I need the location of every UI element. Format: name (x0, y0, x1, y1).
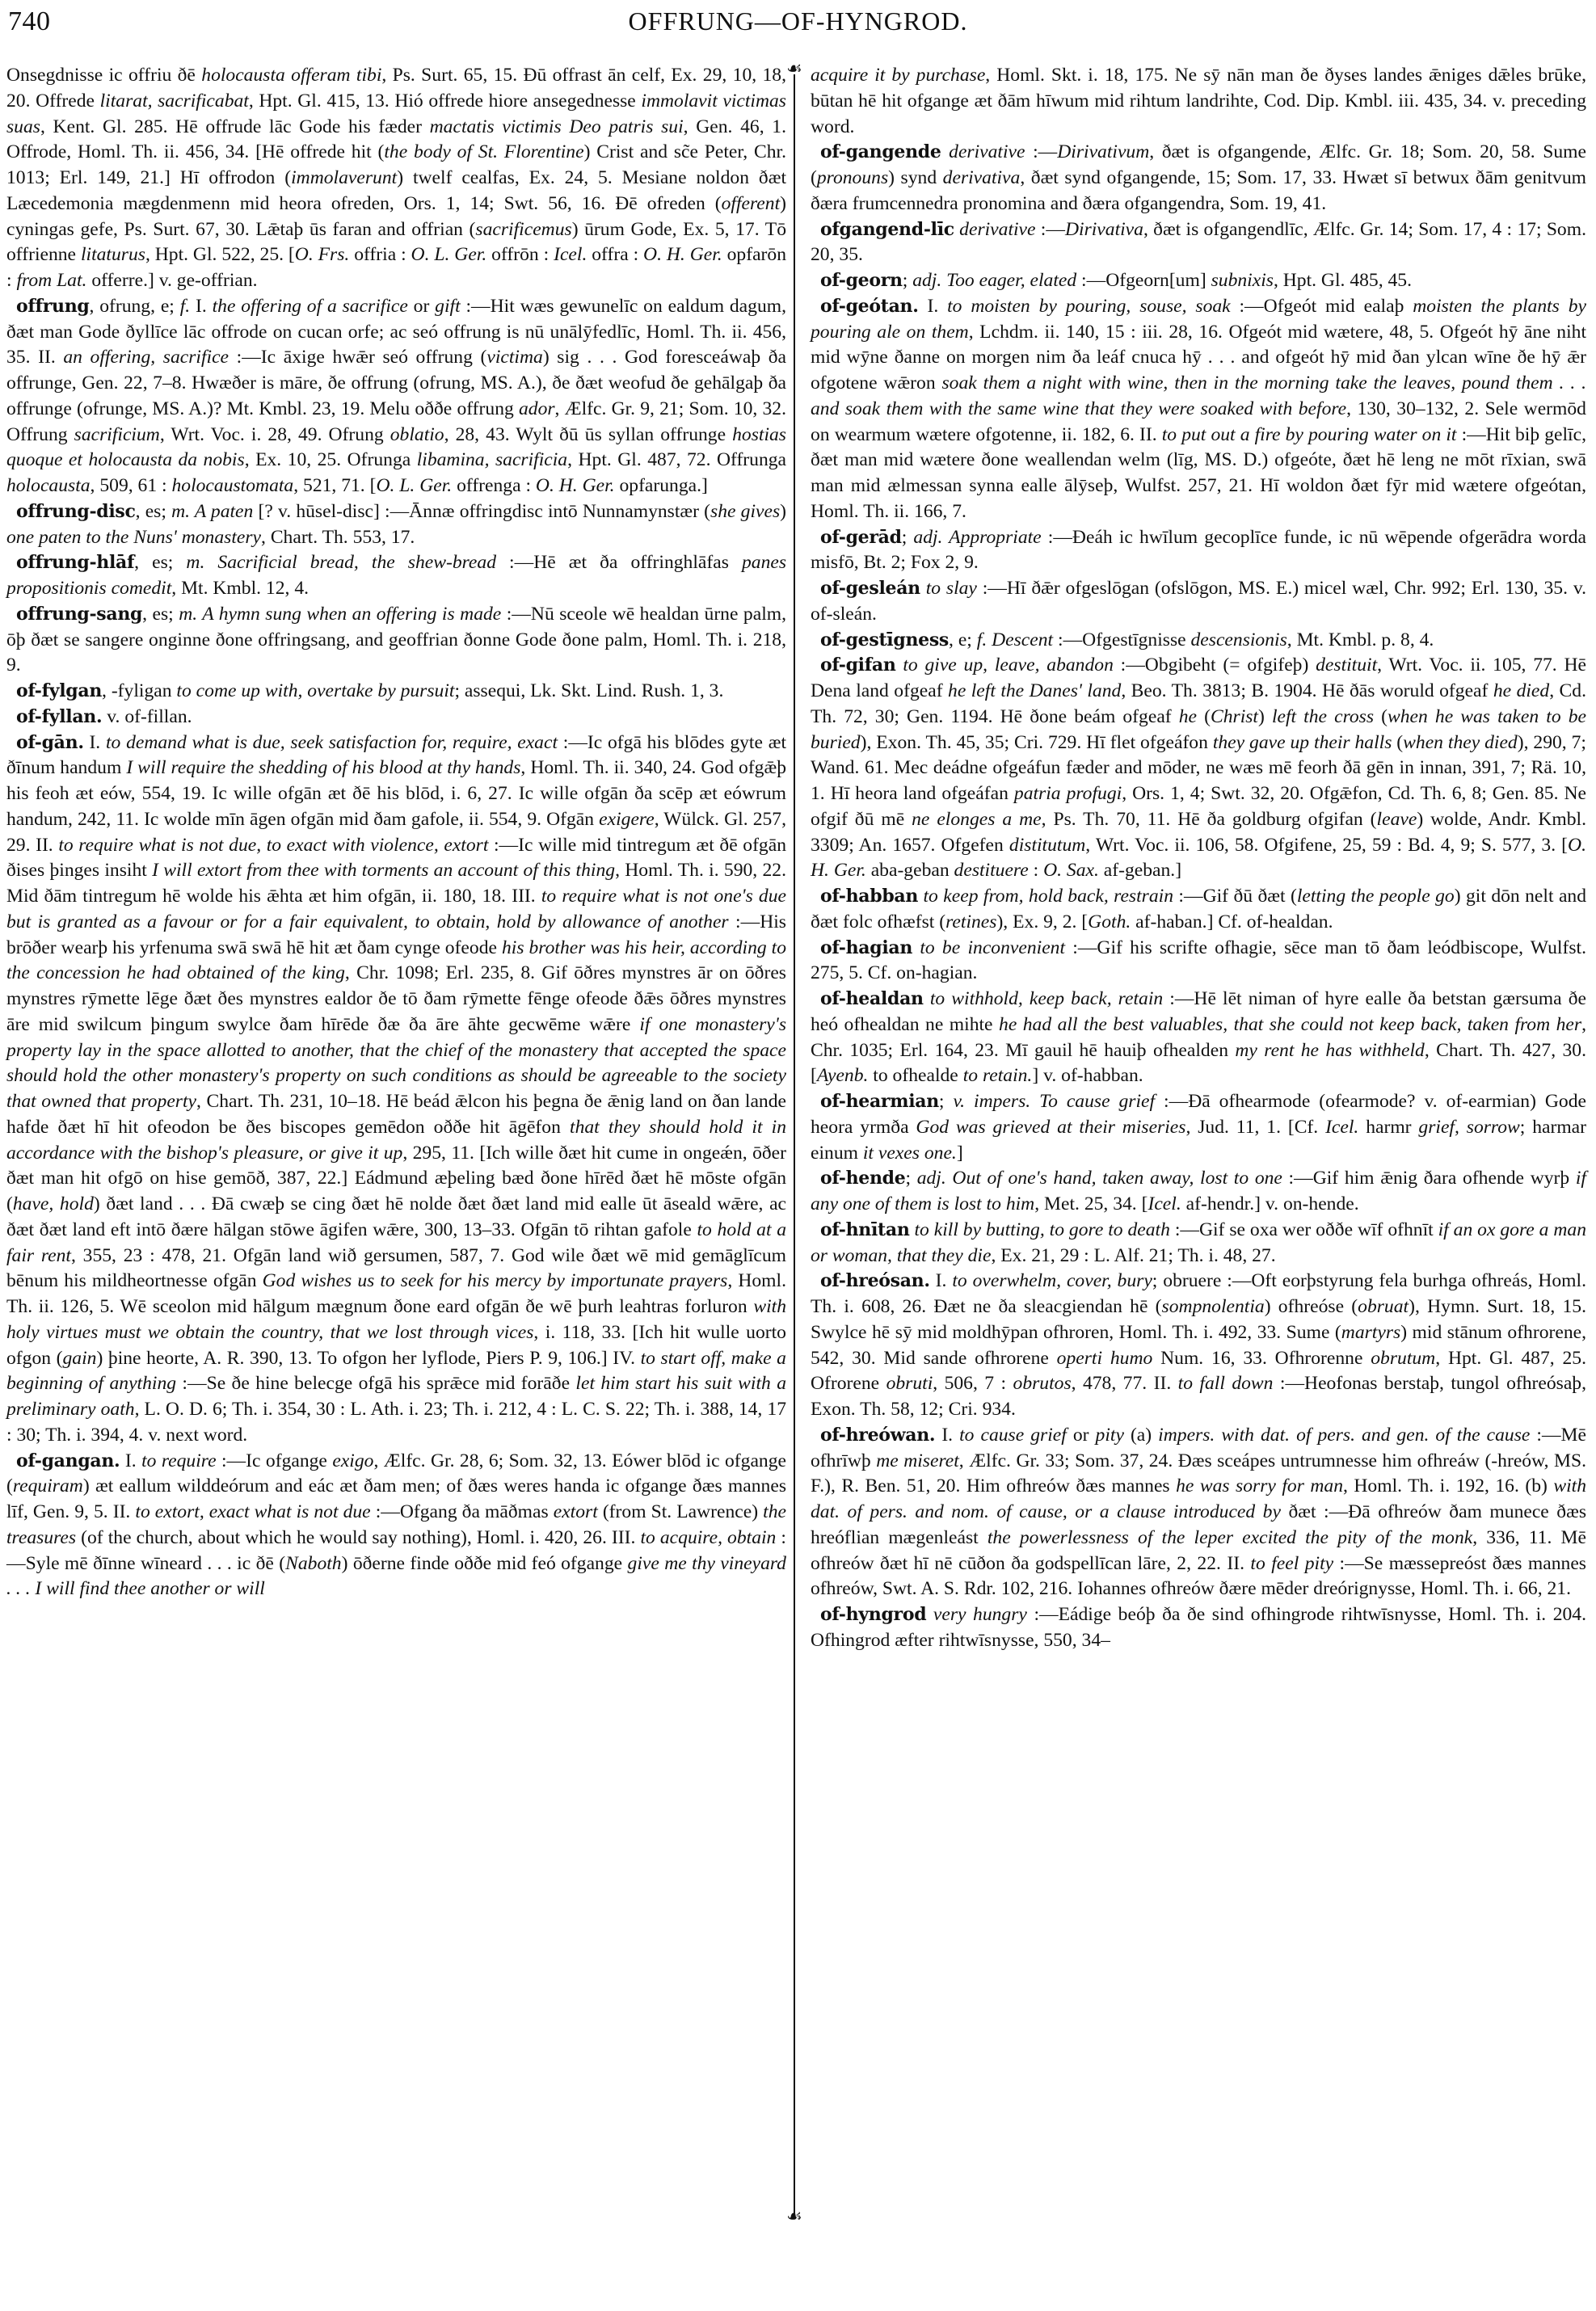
italic-gloss: to kill by butting, to gore to death (914, 1219, 1169, 1240)
entry-text: :—Se ðe hine belecge ofgā his sprǣce mid… (176, 1373, 575, 1394)
italic-gloss: to overwhelm, cover, bury (952, 1270, 1152, 1291)
entry-text: offra : (587, 244, 643, 265)
italic-gloss: obrutos (1013, 1373, 1072, 1394)
entry-text: I. (190, 296, 212, 317)
italic-gloss: Dirivativum (1057, 141, 1149, 162)
italic-gloss: he (1179, 706, 1197, 727)
entry-text: Onsegdnisse ic offriu ðē (6, 65, 201, 86)
italic-gloss: obrutum (1371, 1348, 1435, 1369)
entry-text: :—Ic āxige hwǣr seó offrung ( (229, 347, 486, 368)
italic-gloss: God was grieved at their miseries (916, 1117, 1185, 1138)
italic-gloss: Christ (1211, 706, 1258, 727)
italic-gloss: f. (180, 296, 190, 317)
entry-text: :—Gif him ǣnig ðara ofhende wyrþ (1282, 1168, 1576, 1189)
left-column: Onsegdnisse ic offriu ðē holocausta offe… (6, 63, 786, 1602)
entry-text: ) ōðerne finde oððe mid feó ofgange (342, 1553, 628, 1574)
italic-gloss: O. H. Ger. (536, 475, 615, 496)
running-title: OFFRUNG—OF-HYNGROD. (8, 6, 1588, 36)
italic-gloss: Icel. (554, 244, 587, 265)
italic-gloss: Ayenb. (817, 1065, 869, 1086)
entry-text (926, 1604, 933, 1625)
dictionary-entry: of-georn; adj. Too eager, elated :—Ofgeo… (811, 268, 1586, 294)
headword: offrung-sang (16, 604, 142, 625)
entry-text: [? v. hūsel-disc] :—Ānnæ offringdisc int… (253, 501, 710, 522)
headword: ofgangend-līc (820, 219, 954, 240)
entry-text: , Ex. 10, 25. Ofrunga (245, 449, 417, 470)
italic-gloss: to require (141, 1450, 217, 1471)
entry-text: ), Exon. Th. 45, 35; Cri. 729. Hī flet o… (861, 732, 1213, 753)
headword: offrung (16, 296, 89, 317)
headword: of-hnītan (820, 1219, 910, 1240)
dictionary-entry: of-gerād; adj. Appropriate :—Ðeáh ic hwī… (811, 525, 1586, 577)
dictionary-entry: of-hnītan to kill by butting, to gore to… (811, 1218, 1586, 1269)
italic-gloss: an offering, sacrifice (63, 347, 229, 368)
entry-text: , Chart. Th. 553, 17. (261, 527, 415, 548)
italic-gloss: to require what is not due, to exact wit… (58, 835, 488, 856)
italic-gloss: letting the people go (1297, 886, 1455, 907)
headword: offrung-disc (16, 501, 136, 522)
italic-gloss: ador (519, 398, 555, 419)
entry-text: af-geban.] (1099, 860, 1181, 881)
entry-text: offerre.] v. ge-offrian. (86, 270, 257, 291)
italic-gloss: I will require the shedding of his blood… (126, 757, 520, 778)
headword: of-fylgan (16, 680, 102, 701)
dictionary-entry: of-hearmian; v. impers. To cause grief :… (811, 1089, 1586, 1166)
italic-gloss: destituit (1316, 655, 1377, 676)
entry-text: , e; (949, 629, 977, 650)
italic-gloss: he was sorry for man (1176, 1475, 1343, 1496)
italic-gloss: m. A hymn sung when an offering is made (179, 604, 501, 625)
italic-gloss: Icel. (1148, 1193, 1181, 1214)
dictionary-entry: ofgangend-līc derivative :—Dirivativa, ð… (811, 217, 1586, 269)
dictionary-entry: of-hagian to be inconvenient :—Gif his s… (811, 936, 1586, 987)
italic-gloss: to be inconvenient (920, 937, 1065, 958)
dictionary-entry: of-fylgan, -fyligan to come up with, ove… (6, 679, 786, 705)
entry-text: , Ex. 21, 29 : L. Alf. 21; Th. i. 48, 27… (991, 1245, 1275, 1266)
entry-text: (a) (1124, 1425, 1158, 1446)
dictionary-entry: of-hende; adj. Out of one's hand, taken … (811, 1166, 1586, 1218)
entry-text: , 521, 71. [ (293, 475, 376, 496)
headword: of-gangan. (16, 1450, 120, 1471)
italic-gloss: litarat, sacrificabat (100, 91, 249, 112)
italic-gloss: v. impers. To cause grief (953, 1091, 1155, 1112)
entry-text: , -fyligan (102, 680, 176, 701)
entry-text: , Homl. Th. i. 192, 16. (b) (1343, 1475, 1553, 1496)
entry-text: :— (1036, 219, 1065, 240)
dictionary-entry: offrung-hlāf, es; m. Sacrificial bread, … (6, 550, 786, 602)
italic-gloss: to feel pity (1250, 1553, 1333, 1574)
italic-gloss: derivativa (943, 167, 1021, 188)
italic-gloss: gain (63, 1348, 97, 1369)
dictionary-entry: of-gesleán to slay :—Hī ðǣr ofgeslōgan (… (811, 576, 1586, 628)
italic-gloss: have, hold (13, 1193, 94, 1214)
entry-text: , Hpt. Gl. 522, 25. [ (145, 244, 295, 265)
italic-gloss: to slay (926, 578, 977, 599)
entry-text: ) (1258, 706, 1272, 727)
italic-gloss: one paten to the Nuns' monastery (6, 527, 261, 548)
italic-gloss: oblatio (390, 424, 444, 445)
entry-text: to ofhealde (868, 1065, 962, 1086)
entry-text: Num. 16, 33. Ofhrorenne (1152, 1348, 1371, 1369)
headword: of-hearmian (820, 1091, 939, 1112)
entry-text: :—Gif se oxa wer oððe wīf ofhnīt (1170, 1219, 1438, 1240)
italic-gloss: to acquire, obtain (640, 1527, 776, 1548)
italic-gloss: O. Sax. (1043, 860, 1099, 881)
italic-gloss: obruat (1358, 1296, 1409, 1317)
italic-gloss: grief, sorrow (1418, 1117, 1519, 1138)
headword: of-gesleán (820, 578, 920, 599)
entry-text: :—Hē æt ða offringhlāfas (496, 552, 742, 573)
entry-text: ) þine heorte, A. R. 390, 13. To ofgon h… (96, 1348, 640, 1369)
italic-gloss: to moisten by pouring, souse, soak (947, 296, 1231, 317)
headword: of-hreówan. (820, 1425, 935, 1446)
entry-text: ( (1374, 706, 1388, 727)
italic-gloss: leave (1377, 809, 1417, 830)
italic-gloss: destituere (954, 860, 1029, 881)
italic-gloss: pronouns (817, 167, 888, 188)
entry-text: ), Ex. 9, 2. [ (996, 911, 1088, 932)
entry-text: :—Ofgestīgnisse (1053, 629, 1190, 650)
dictionary-entry: of-hreósan. I. to overwhelm, cover, bury… (811, 1269, 1586, 1423)
entry-text: ) synd (888, 167, 943, 188)
italic-gloss: retines (945, 911, 996, 932)
italic-gloss: to retain. (963, 1065, 1033, 1086)
headword: of-hyngrod (820, 1604, 926, 1625)
dictionary-entry: of-geótan. I. to moisten by pouring, sou… (811, 294, 1586, 525)
entry-text: , es; (142, 604, 179, 625)
italic-gloss: sacrificemus (475, 219, 571, 240)
italic-gloss: distitutum (1009, 835, 1085, 856)
entry-text: , Mt. Kmbl. 12, 4. (171, 578, 309, 599)
entry-text: af-haban.] Cf. of-healdan. (1131, 911, 1333, 932)
entry-text: (from St. Lawrence) (598, 1501, 763, 1522)
italic-gloss: operti humo (1057, 1348, 1153, 1369)
italic-gloss: holocausta (6, 475, 91, 496)
italic-gloss: they gave up their halls (1213, 732, 1392, 753)
headword: of-healdan (820, 988, 924, 1009)
entry-text: :—Ofgeót mid ealaþ (1231, 296, 1413, 317)
entry-continuation: acquire it by purchase, Homl. Skt. i. 18… (811, 63, 1586, 140)
italic-gloss: to come up with, overtake by pursuit (176, 680, 454, 701)
italic-gloss: very hungry (933, 1604, 1027, 1625)
italic-gloss: holocausta offeram tibi (201, 65, 381, 86)
entry-text: ( (1392, 732, 1403, 753)
italic-gloss: descensionis (1191, 629, 1287, 650)
italic-gloss: to give up, leave, abandon (903, 655, 1114, 676)
italic-gloss: the powerlessness of the leper excited t… (987, 1527, 1472, 1548)
dictionary-entry: of-gangan. I. to require :—Ic ofgange ex… (6, 1449, 786, 1603)
entry-text: , es; (134, 552, 186, 573)
italic-gloss: he left the Danes' land (948, 680, 1121, 701)
entry-text: , es; (136, 501, 171, 522)
entry-text: , Hpt. Gl. 415, 13. Hió offrede hiore an… (249, 91, 642, 112)
italic-gloss: holocaustomata (171, 475, 293, 496)
italic-gloss: exigo (332, 1450, 373, 1471)
italic-gloss: Icel. (1325, 1117, 1358, 1138)
entry-text: ; (939, 1091, 954, 1112)
dictionary-entry: offrung, ofrung, e; f. I. the offering o… (6, 294, 786, 499)
italic-gloss: she gives (710, 501, 780, 522)
italic-gloss: mactatis victimis Deo patris sui (430, 116, 684, 137)
headword: of-habban (820, 886, 918, 907)
entry-text: : (1029, 860, 1043, 881)
entry-text (924, 988, 930, 1009)
italic-gloss: O. H. Ger. (643, 244, 722, 265)
entry-text (912, 937, 920, 958)
headword: of-hreósan. (820, 1270, 930, 1291)
entry-text: , ofrung, e; (89, 296, 179, 317)
italic-gloss: to demand what is due, seek satisfaction… (106, 732, 558, 753)
entry-continuation: Onsegdnisse ic offriu ðē holocausta offe… (6, 63, 786, 294)
headword: of-gangende (820, 141, 941, 162)
dictionary-entry: of-hreówan. I. to cause grief or pity (a… (811, 1423, 1586, 1602)
italic-gloss: me miseret (876, 1450, 959, 1471)
dictionary-entry: of-healdan to withhold, keep back, retai… (811, 987, 1586, 1089)
entry-text: , Hpt. Gl. 487, 72. Offrunga (567, 449, 786, 470)
italic-gloss: the body of St. Florentine (384, 141, 583, 162)
entry-text: :—Gif ðū ðæt ( (1173, 886, 1297, 907)
italic-gloss: to put out a fire by pouring water on it (1162, 424, 1457, 445)
entry-text: or (408, 296, 435, 317)
headword: of-hende (820, 1168, 905, 1189)
italic-gloss: O. L. Ger. (411, 244, 487, 265)
entry-text: , Kent. Gl. 285. Hē offrude lāc Gode his… (40, 116, 430, 137)
entry-text: offrenga : (452, 475, 536, 496)
entry-text: , 28, 43. Wylt ðū ūs syllan offrunge (444, 424, 733, 445)
entry-text (920, 578, 926, 599)
headword: of-hagian (820, 937, 912, 958)
dictionary-entry: of-gān. I. to demand what is due, seek s… (6, 730, 786, 1449)
column-rule-bottom-ornament-icon: ☙ (784, 2206, 805, 2227)
italic-gloss: Naboth (285, 1553, 341, 1574)
entry-text: I. (84, 732, 106, 753)
italic-gloss: ne elonges a me (912, 809, 1041, 830)
italic-gloss: victima (486, 347, 542, 368)
italic-gloss: it vexes one. (863, 1143, 957, 1164)
italic-gloss: m. Sacrificial bread, the shew-bread (186, 552, 496, 573)
entry-text: , Met. 25, 34. [ (1034, 1193, 1148, 1214)
italic-gloss: exigere (599, 809, 655, 830)
italic-gloss: obruti (886, 1373, 933, 1394)
entry-text: offria : (349, 244, 411, 265)
entry-text: ; (902, 527, 914, 548)
entry-text: opfarunga.] (615, 475, 708, 496)
headword: of-fyllan. (16, 706, 102, 727)
entry-text: harmr (1358, 1117, 1418, 1138)
italic-gloss: O. Frs. (295, 244, 350, 265)
entry-text: ) ofhreóse ( (1265, 1296, 1358, 1317)
entry-text: :—Obgibeht (= ofgifeþ) (1114, 655, 1316, 676)
entry-text: :— (1025, 141, 1058, 162)
italic-gloss: immolaverunt (291, 167, 397, 188)
entry-text: , Wrt. Voc. ii. 106, 58. Ofgifene, 25, 5… (1085, 835, 1568, 856)
entry-text: , Hpt. Gl. 485, 45. (1274, 270, 1412, 291)
entry-text: :—Ofgang ða māðmas (371, 1501, 554, 1522)
italic-gloss: God wishes us to seek for his mercy by i… (263, 1270, 728, 1291)
entry-text: ) (780, 501, 786, 522)
entry-text: ; assequi, Lk. Skt. Lind. Rush. 1, 3. (454, 680, 723, 701)
italic-gloss: from Lat. (16, 270, 86, 291)
italic-gloss: I will extort from thee with torments an… (152, 860, 615, 881)
headword: of-geótan. (820, 296, 919, 317)
entry-text: , Ps. Th. 70, 11. Hē ða goldburg ofgifan… (1042, 809, 1377, 830)
entry-text: I. (919, 296, 947, 317)
page-header: 740 OFFRUNG—OF-HYNGROD. (8, 6, 1588, 47)
dictionary-entry: of-gifan to give up, leave, abandon :—Ob… (811, 653, 1586, 884)
italic-gloss: to fall down (1178, 1373, 1274, 1394)
italic-gloss: he died (1493, 680, 1549, 701)
italic-gloss: left the cross (1272, 706, 1374, 727)
italic-gloss: patria profugi (1014, 783, 1122, 804)
entry-text: aba-geban (866, 860, 954, 881)
headword: of-gifan (820, 655, 896, 676)
italic-gloss: sacrificium (74, 424, 160, 445)
italic-gloss: adj. Too eager, elated (912, 270, 1076, 291)
headword: offrung-hlāf (16, 552, 134, 573)
dictionary-entry: offrung-sang, es; m. A hymn sung when an… (6, 602, 786, 679)
entry-text (941, 141, 950, 162)
italic-gloss: O. L. Ger. (376, 475, 452, 496)
entry-text: ; (903, 270, 912, 291)
entry-text: af-hendr.] v. on-hende. (1181, 1193, 1359, 1214)
headword: of-gerād (820, 527, 902, 548)
italic-gloss: to withhold, keep back, retain (930, 988, 1163, 1009)
italic-gloss: Dirivativa (1065, 219, 1143, 240)
italic-gloss: gift (435, 296, 460, 317)
dictionary-entry: of-hyngrod very hungry :—Eádige beóþ ða … (811, 1602, 1586, 1654)
entry-text: ] v. of-habban. (1032, 1065, 1143, 1086)
dictionary-entry: of-habban to keep from, hold back, restr… (811, 884, 1586, 936)
italic-gloss: sompnolentia (1162, 1296, 1265, 1317)
headword: of-gān. (16, 732, 84, 753)
italic-gloss: derivative (949, 141, 1025, 162)
right-column: acquire it by purchase, Homl. Skt. i. 18… (811, 63, 1586, 1654)
entry-text: ; (905, 1168, 916, 1189)
italic-gloss: the offering of a sacrifice (213, 296, 408, 317)
entry-text: ( (1197, 706, 1211, 727)
italic-gloss: adj. Appropriate (913, 527, 1041, 548)
entry-text: , Jud. 11, 1. [Cf. (1185, 1117, 1325, 1138)
italic-gloss: adj. Out of one's hand, taken away, lost… (917, 1168, 1282, 1189)
italic-gloss: f. Descent (977, 629, 1053, 650)
entry-text: , 509, 61 : (91, 475, 172, 496)
headword: of-georn (820, 270, 903, 291)
italic-gloss: extort (554, 1501, 598, 1522)
entry-text: , 506, 7 : (933, 1373, 1013, 1394)
entry-text: I. (930, 1270, 953, 1291)
entry-text: , Mt. Kmbl. p. 8, 4. (1287, 629, 1434, 650)
italic-gloss: to cause grief (959, 1425, 1067, 1446)
headword: of-gestīgness (820, 629, 949, 650)
italic-gloss: libamina, sacrificia (417, 449, 567, 470)
entry-text: I. (120, 1450, 141, 1471)
entry-text: I. (935, 1425, 959, 1446)
italic-gloss: impers. with dat. of pers. and gen. of t… (1158, 1425, 1530, 1446)
italic-gloss: martyrs (1341, 1322, 1400, 1343)
entry-text: , 478, 77. II. (1072, 1373, 1178, 1394)
italic-gloss: pity (1096, 1425, 1124, 1446)
dictionary-entry: of-gestīgness, e; f. Descent :—Ofgestīgn… (811, 628, 1586, 654)
entry-text: :—Ofgeorn[um] (1076, 270, 1211, 291)
dictionary-entry: offrung-disc, es; m. A paten [? v. hūsel… (6, 499, 786, 551)
italic-gloss: litaturus (81, 244, 145, 265)
italic-gloss: Goth. (1088, 911, 1131, 932)
italic-gloss: to extort, exact what is not due (135, 1501, 370, 1522)
dictionary-entry: of-gangende derivative :—Dirivativum, ðæ… (811, 140, 1586, 217)
entry-text: offrōn : (486, 244, 554, 265)
dictionary-entry: of-fyllan. v. of-fillan. (6, 705, 786, 730)
entry-text: :—Ic ofgange (217, 1450, 333, 1471)
entry-text: (of the church, about which he would say… (76, 1527, 640, 1548)
italic-gloss: my rent he has withheld (1235, 1040, 1424, 1061)
italic-gloss: he had all the best valuables, that she … (999, 1014, 1581, 1035)
entry-text: ] (957, 1143, 963, 1164)
italic-gloss: to keep from, hold back, restrain (924, 886, 1174, 907)
italic-gloss: acquire it by purchase (811, 65, 985, 86)
italic-gloss: m. A paten (171, 501, 253, 522)
entry-text: v. of-fillan. (102, 706, 192, 727)
column-divider-rule (794, 74, 795, 2216)
entry-text: or (1067, 1425, 1096, 1446)
entry-text: ) ðæt land . . . Ðā cwæþ se cing ðæt hē … (6, 1193, 786, 1240)
italic-gloss: requiram (13, 1475, 83, 1496)
entry-text: , Beo. Th. 3813; B. 1904. Hē ðās woruld … (1121, 680, 1493, 701)
italic-gloss: subnixis (1211, 270, 1274, 291)
italic-gloss: when they died (1403, 732, 1518, 753)
entry-text: , Wrt. Voc. i. 28, 49. Ofrung (160, 424, 390, 445)
italic-gloss: offerent (722, 193, 781, 214)
italic-gloss: derivative (959, 219, 1035, 240)
